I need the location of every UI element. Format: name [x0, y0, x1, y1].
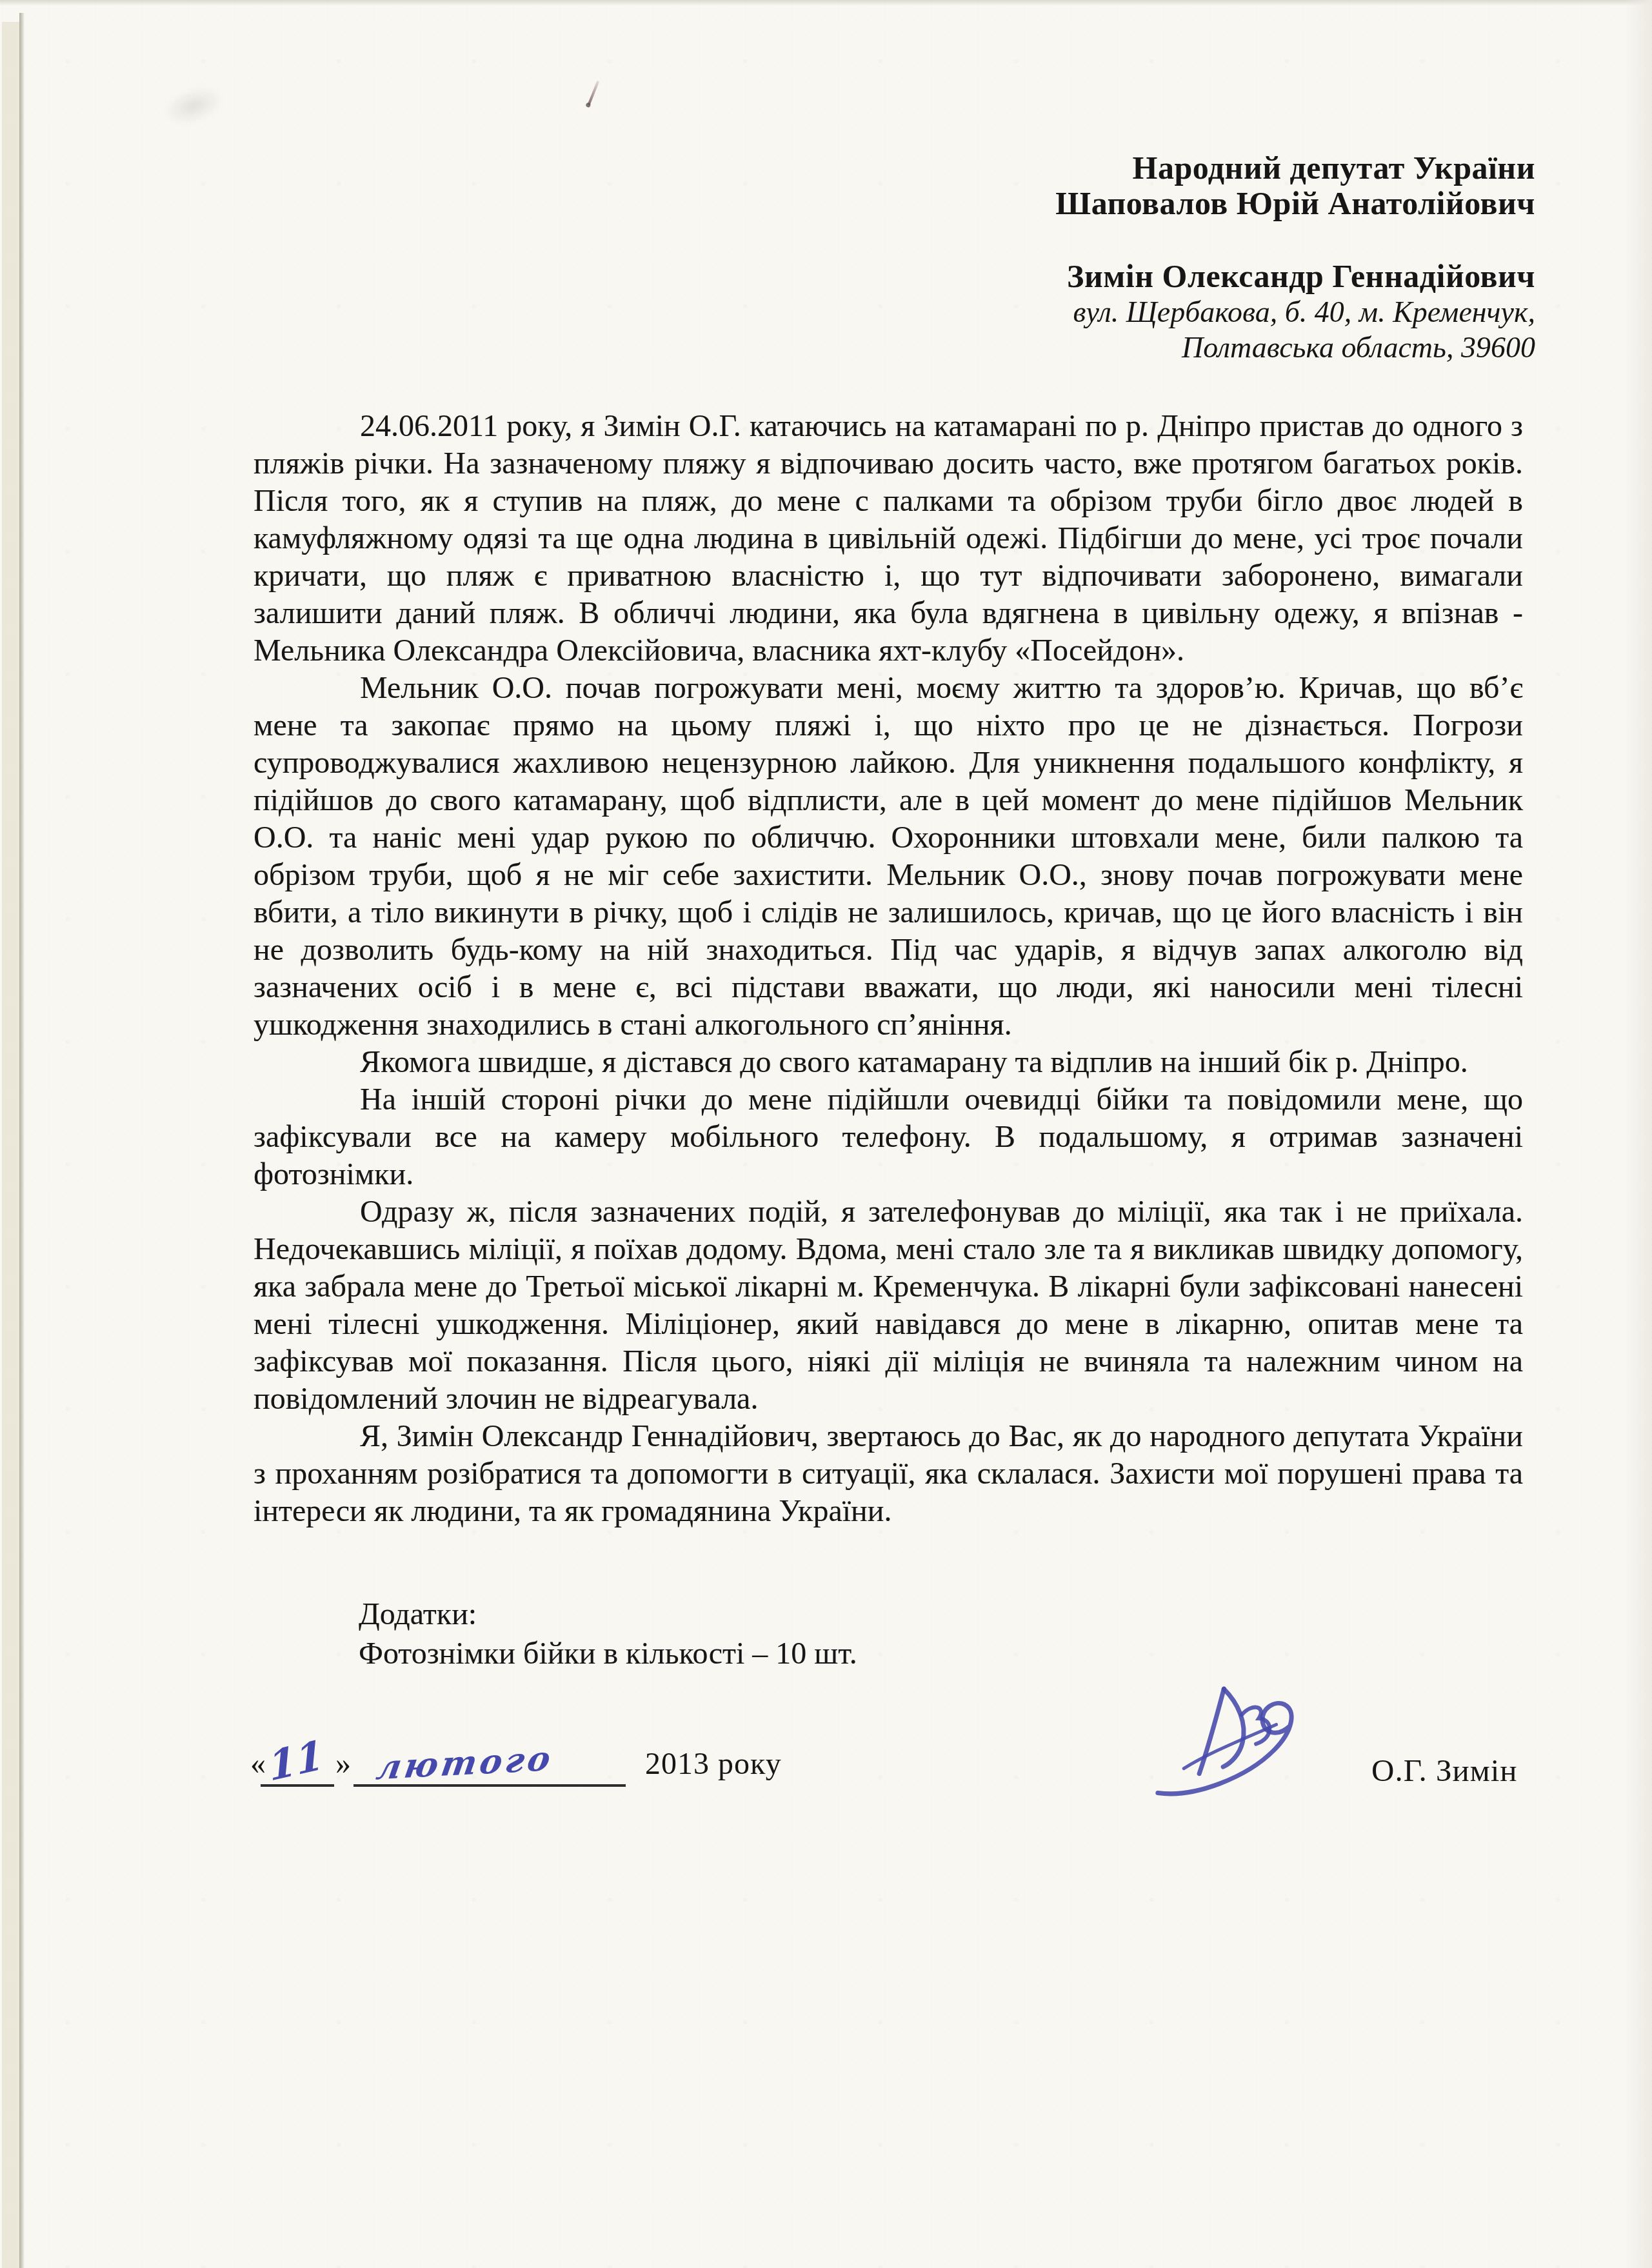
sender-name: Зимін Олександр Геннадійович — [1055, 259, 1535, 294]
close-quote: » — [335, 1746, 351, 1782]
paragraph-5: Одразу ж, після зазначених подій, я зате… — [254, 1193, 1523, 1418]
attachments-label: Додатки: — [359, 1595, 857, 1634]
paragraph-3: Якомога швидше, я дістався до свого ката… — [254, 1044, 1523, 1081]
recipient-title: Народний депутат України — [1055, 150, 1535, 186]
attachments-item: Фотознімки бійки в кількості – 10 шт. — [359, 1634, 857, 1673]
pen-mark — [588, 81, 600, 106]
handwritten-day: 11 — [267, 1731, 325, 1791]
sender-address-line1: вул. Щербакова, б. 40, м. Кременчук, — [1055, 294, 1535, 330]
sender-address-line2: Полтавська область, 39600 — [1055, 330, 1535, 365]
open-quote: « — [250, 1746, 266, 1782]
paragraph-1: 24.06.2011 року, я Зимін О.Г. катаючись … — [254, 408, 1523, 670]
letter-header: Народний депутат України Шаповалов Юрій … — [1055, 150, 1535, 365]
letter-body: 24.06.2011 року, я Зимін О.Г. катаючись … — [254, 408, 1523, 1530]
scan-edge-left-shadow — [19, 13, 25, 2268]
paragraph-6: Я, Зимін Олександр Геннадійович, звертаю… — [254, 1418, 1523, 1530]
year-text: 2013 року — [645, 1746, 782, 1782]
scanned-letter-page: Народний депутат України Шаповалов Юрій … — [0, 0, 1652, 2268]
attachments-section: Додатки: Фотознімки бійки в кількості – … — [359, 1595, 857, 1673]
paragraph-2: Мельник О.О. почав погрожувати мені, моє… — [254, 670, 1523, 1044]
scan-edge-right — [1625, 0, 1652, 2268]
paragraph-4: На іншій стороні річки до мене підійшли … — [254, 1081, 1523, 1193]
date-line: « 11 » лютого 2013 року — [250, 1735, 960, 1789]
signature-scribble — [1130, 1675, 1325, 1805]
scan-edge-left — [2, 22, 19, 2268]
signer-name: О.Г. Зимін — [1371, 1752, 1518, 1789]
scan-edge-top — [0, 0, 1652, 6]
recipient-name: Шаповалов Юрій Анатолійович — [1055, 186, 1535, 221]
paper-smudge — [159, 80, 228, 131]
handwritten-month: лютого — [373, 1739, 556, 1788]
